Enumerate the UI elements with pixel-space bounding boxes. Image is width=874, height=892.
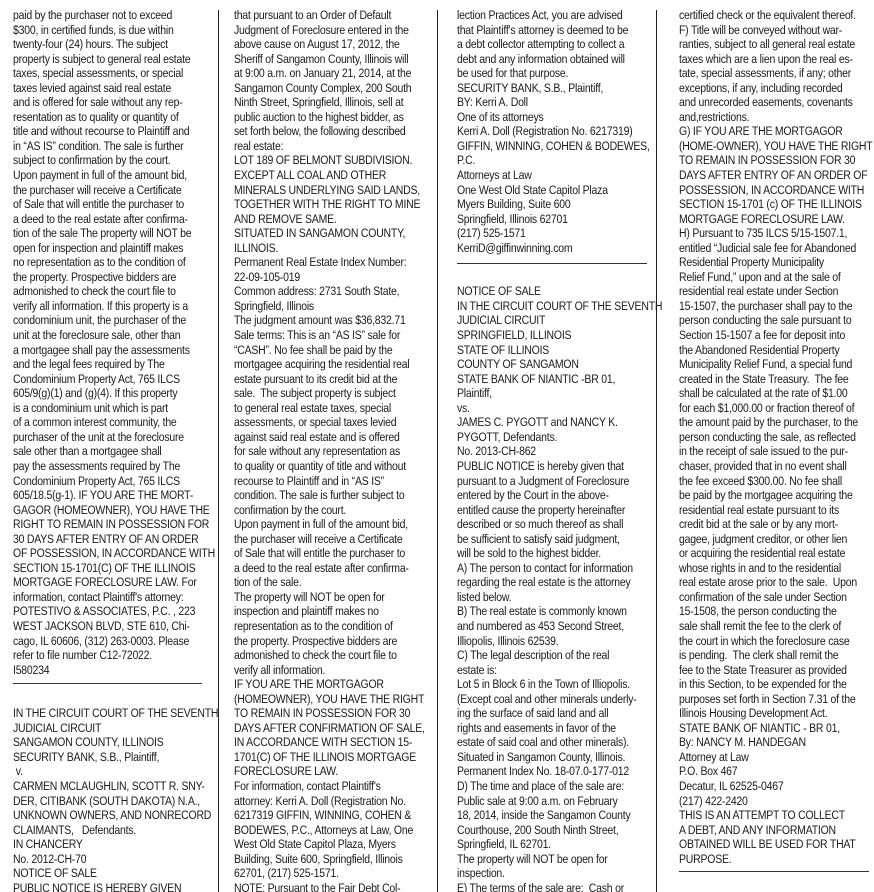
text-line: the court in which the foreclosure case: [679, 634, 872, 649]
text-line: [457, 270, 662, 285]
text-line: BY: Kerri A. Doll: [457, 95, 662, 110]
text-line: (HOME-OWNER), YOU HAVE THE RIGHT: [679, 139, 872, 154]
text-line: Springfield, Illinois 62701: [457, 212, 662, 227]
text-line: Residential Property Municipality: [679, 255, 872, 270]
text-line: 1701(C) OF THE ILLINOIS MORTGAGE: [234, 750, 425, 765]
text-line: inspection.: [457, 866, 662, 881]
column-4: certified check or the equivalent thereo…: [679, 8, 872, 892]
text-line: a deed to the real estate after confirma…: [234, 561, 425, 576]
text-line: (217) 525-1571: [457, 226, 662, 241]
text-line: a debt collector attempting to collect a: [457, 37, 662, 52]
text-line: whose rights in and to the residential: [679, 561, 872, 576]
text-line: 62701, (217) 525-1571.: [234, 866, 425, 881]
text-line: GIFFIN, WINNING, COHEN & BODEWES,: [457, 139, 662, 154]
text-line: 6217319 GIFFIN, WINNING, COHEN &: [234, 808, 425, 823]
text-line: One West Old State Capitol Plaza: [457, 183, 662, 198]
text-line: Illinois Housing Development Act.: [679, 706, 872, 721]
text-line: Condominium Property Act, 765 ILCS: [13, 474, 218, 489]
text-line: Building, Suite 600, Springfield, Illino…: [234, 852, 425, 867]
text-line: regarding the real estate is the attorne…: [457, 575, 662, 590]
text-line: rights and easements in favor of the: [457, 721, 662, 736]
text-line: MINERALS UNDERLYING SAID LANDS,: [234, 183, 425, 198]
text-line: and the legal fees required by The: [13, 357, 218, 372]
text-line: By: NANCY M. HANDEGAN: [679, 735, 872, 750]
text-line: tion of the sale The property will NOT b…: [13, 226, 218, 241]
text-line: A) The person to contact for information: [457, 561, 662, 576]
text-line: inspection and plaintiff makes no: [234, 604, 425, 619]
text-line: Attorney at Law: [679, 750, 872, 765]
text-line: verify all information. If this property…: [13, 299, 218, 314]
text-line: NOTE: Pursuant to the Fair Debt Col-: [234, 881, 425, 892]
text-line: sale other than a mortgagee shall: [13, 444, 218, 459]
text-line: sale. The subject property is subject: [234, 386, 425, 401]
text-line: taxes which are a lien upon the real es-: [679, 52, 872, 67]
text-line: B) The real estate is commonly known: [457, 604, 662, 619]
text-line: SPRINGFIELD, ILLINOIS: [457, 328, 662, 343]
text-line: a deed to the real estate after confirma…: [13, 212, 218, 227]
text-line: resentation as to quality or quantity of: [13, 110, 218, 125]
text-line: entered by the Court in the above-: [457, 488, 662, 503]
text-line: [13, 677, 218, 692]
text-line: admonished to check the court file to: [13, 284, 218, 299]
text-line: Section 15-1507 a fee for deposit into: [679, 328, 872, 343]
text-line: BODEWES, P.C., Attorneys at Law, One: [234, 823, 425, 838]
legal-notices-page: paid by the purchaser not to exceed$300,…: [0, 0, 874, 892]
text-line: of Sale that will entitle the purchaser …: [234, 546, 425, 561]
text-line: above cause on August 17, 2012, the: [234, 37, 425, 52]
text-line: Judgment of Foreclosure entered in the: [234, 23, 425, 38]
text-line: that Plaintiff's attorney is deemed to b…: [457, 23, 662, 38]
text-line: refer to file number C12-72022.: [13, 648, 218, 663]
text-line: 605/18.5(g-1). IF YOU ARE THE MORT-: [13, 488, 218, 503]
text-line: information, contact Plaintiff's attorne…: [13, 590, 218, 605]
text-line: UNKNOWN OWNERS, AND NONRECORD: [13, 808, 218, 823]
text-line: will be sold to the highest bidder.: [457, 546, 662, 561]
text-line: IN THE CIRCUIT COURT OF THE SEVENTH: [457, 299, 662, 314]
text-line: Courthouse, 200 South Ninth Street,: [457, 823, 662, 838]
text-line: property is subject to general real esta…: [13, 52, 218, 67]
text-line: PUBLIC NOTICE is hereby given that: [457, 459, 662, 474]
text-line: in the receipt of sale issued to the pur…: [679, 444, 872, 459]
text-line: CLAIMANTS, Defendants.: [13, 823, 218, 838]
text-line: Sangamon County Complex, 200 South: [234, 81, 425, 96]
text-line: confirmation by the court.: [234, 503, 425, 518]
text-line: Plaintiff,: [457, 386, 662, 401]
text-line: Attorneys at Law: [457, 168, 662, 183]
text-line: JAMES C. PYGOTT and NANCY K.: [457, 415, 662, 430]
text-line: twenty-four (24) hours. The subject: [13, 37, 218, 52]
text-line: STATE OF ILLINOIS: [457, 343, 662, 358]
text-line: exceptions, if any, including recorded: [679, 81, 872, 96]
text-line: (Except coal and other minerals underly-: [457, 692, 662, 707]
text-line: residential real estate pursuant to its: [679, 503, 872, 518]
text-line: a mortgagee shall pay the assessments: [13, 343, 218, 358]
text-line: be sufficient to satisfy said judgment,: [457, 532, 662, 547]
text-line: STATE BANK OF NIANTIC -BR 01,: [457, 372, 662, 387]
text-line: Sheriff of Sangamon County, Illinois wil…: [234, 52, 425, 67]
text-line: the amount paid by the purchaser, to the: [679, 415, 872, 430]
text-line: admonished to check the court file to: [234, 648, 425, 663]
text-line: A DEBT, AND ANY INFORMATION: [679, 823, 872, 838]
text-line: JUDICIAL CIRCUIT: [13, 721, 218, 736]
text-line: Decatur, IL 62525-0467: [679, 779, 872, 794]
text-line: TO REMAIN IN POSSESSION FOR 30: [234, 706, 425, 721]
text-line: gagee, judgment creditor, or other lien: [679, 532, 872, 547]
text-line: tate, special assessments, if any; other: [679, 66, 872, 81]
text-line: and numbered as 453 Second Street,: [457, 619, 662, 634]
text-line: and is offered for sale without any rep-: [13, 95, 218, 110]
text-line: PUBLIC NOTICE IS HEREBY GIVEN: [13, 881, 218, 892]
text-line: for sale without any representation as: [234, 444, 425, 459]
text-line: WEST JACKSON BLVD, STE 610, Chi-: [13, 619, 218, 634]
text-line: SECURITY BANK, S.B., Plaintiff,: [13, 750, 218, 765]
text-line: ILLINOIS.: [234, 241, 425, 256]
text-line: EXCEPT ALL COAL AND OTHER: [234, 168, 425, 183]
text-line: condominium unit, the purchaser of the: [13, 313, 218, 328]
text-line: Upon payment in full of the amount bid,: [13, 168, 218, 183]
text-line: set forth below, the following described: [234, 124, 425, 139]
text-line: Sale terms: This is an “AS IS” sale for: [234, 328, 425, 343]
text-line: OF POSSESSION, IN ACCORDANCE WITH: [13, 546, 218, 561]
text-line: LOT 189 OF BELMONT SUBDIVISION.: [234, 153, 425, 168]
text-line: Common address: 2731 South State,: [234, 284, 425, 299]
text-line: TO REMAIN IN POSSESSION FOR 30: [679, 153, 872, 168]
text-line: West Old State Capitol Plaza, Myers: [234, 837, 425, 852]
text-line: credit bid at the sale or by any mort-: [679, 517, 872, 532]
text-line: verify all information.: [234, 663, 425, 678]
text-line: entitled cause the property hereinafter: [457, 503, 662, 518]
text-line: PURPOSE.: [679, 852, 872, 867]
text-line: No. 2013-CH-862: [457, 444, 662, 459]
text-line: subject to confirmation by the court.: [13, 153, 218, 168]
column-3: lection Practices Act, you are advisedth…: [457, 8, 662, 892]
text-line: 30 DAYS AFTER ENTRY OF AN ORDER: [13, 532, 218, 547]
text-line: NOTICE OF SALE: [457, 284, 662, 299]
text-line: taxes, special assessments, or special: [13, 66, 218, 81]
text-line: SANGAMON COUNTY, ILLINOIS: [13, 735, 218, 750]
text-line: created in the State Treasury. The fee: [679, 372, 872, 387]
text-line: G) IF YOU ARE THE MORTGAGOR: [679, 124, 872, 139]
text-line: [13, 692, 218, 707]
text-line: MORTGAGE FORECLOSURE LAW.: [679, 212, 872, 227]
text-line: PYGOTT, Defendants.: [457, 430, 662, 445]
text-line: estate of said coal and other minerals).: [457, 735, 662, 750]
text-line: D) The time and place of the sale are:: [457, 779, 662, 794]
text-line: OBTAINED WILL BE USED FOR THAT: [679, 837, 872, 852]
text-line: Condominium Property Act, 765 ILCS: [13, 372, 218, 387]
text-line: entitled “Judicial sale fee for Abandone…: [679, 241, 872, 256]
text-line: is pending. The clerk shall remit the: [679, 648, 872, 663]
text-line: IN ACCORDANCE WITH SECTION 15-: [234, 735, 425, 750]
text-line: that pursuant to an Order of Default: [234, 8, 425, 23]
text-line: Public sale at 9:00 a.m. on February: [457, 794, 662, 809]
text-line: Lot 5 in Block 6 in the Town of Illiopol…: [457, 677, 662, 692]
text-line: Springfield, Illinois: [234, 299, 425, 314]
text-line: vs.: [457, 401, 662, 416]
text-line: FORECLOSURE LAW.: [234, 764, 425, 779]
text-line: person conducting the sale pursuant to: [679, 313, 872, 328]
text-line: in this Section, to be expended for the: [679, 677, 872, 692]
text-line: Relief Fund,” upon and at the sale of: [679, 270, 872, 285]
text-line: ing the surface of said land and all: [457, 706, 662, 721]
text-line: be paid by the mortgagee acquiring the: [679, 488, 872, 503]
text-line: COUNTY OF SANGAMON: [457, 357, 662, 372]
text-line: IN THE CIRCUIT COURT OF THE SEVENTH: [13, 706, 218, 721]
text-line: residential real estate under Section: [679, 284, 872, 299]
text-line: Upon payment in full of the amount bid,: [234, 517, 425, 532]
text-line: no representation as to the condition of: [13, 255, 218, 270]
text-line: JUDICIAL CIRCUIT: [457, 313, 662, 328]
text-line: and unrecorded easements, covenants: [679, 95, 872, 110]
text-line: assessments, or special taxes levied: [234, 415, 425, 430]
text-line: confirmation of the sale under Section: [679, 590, 872, 605]
text-line: or acquiring the residential real estate: [679, 546, 872, 561]
text-line: Municipality Relief Fund, a special fund: [679, 357, 872, 372]
text-line: 18, 2014, inside the Sangamon County: [457, 808, 662, 823]
text-line: purposes set forth in Section 7.31 of th…: [679, 692, 872, 707]
text-line: pursuant to a Judgment of Foreclosure: [457, 474, 662, 489]
text-line: real estate:: [234, 139, 425, 154]
text-line: STATE BANK OF NIANTIC - BR 01,: [679, 721, 872, 736]
text-line: 15-1507, the purchaser shall pay to the: [679, 299, 872, 314]
text-line: the purchaser will receive a Certificate: [13, 183, 218, 198]
text-line: “CASH”. No fee shall be paid by the: [234, 343, 425, 358]
text-line: v.: [13, 764, 218, 779]
text-line: lection Practices Act, you are advised: [457, 8, 662, 23]
text-line: the property. Prospective bidders are: [234, 634, 425, 649]
text-line: E) The terms of the sale are: Cash or: [457, 881, 662, 892]
text-line: THIS IS AN ATTEMPT TO COLLECT: [679, 808, 872, 823]
text-line: fee to the State Treasurer as provided: [679, 663, 872, 678]
text-line: $300, in certified funds, is due within: [13, 23, 218, 38]
text-line: NOTICE OF SALE: [13, 866, 218, 881]
column-divider: [437, 10, 438, 892]
text-line: against said real estate and is offered: [234, 430, 425, 445]
text-line: The property will NOT be open for: [234, 590, 425, 605]
text-line: 605/9(g)(1) and (g)(4). If this property: [13, 386, 218, 401]
text-line: 22-09-105-019: [234, 270, 425, 285]
column-2: that pursuant to an Order of DefaultJudg…: [234, 8, 425, 892]
text-line: (HOMEOWNER), YOU HAVE THE RIGHT: [234, 692, 425, 707]
text-line: estate pursuant to its credit bid at the: [234, 372, 425, 387]
text-line: [457, 255, 662, 270]
text-line: taxes levied against said real estate: [13, 81, 218, 96]
text-line: RIGHT TO REMAIN IN POSSESSION FOR: [13, 517, 218, 532]
text-line: SECTION 15-1701 (c) OF THE ILLINOIS: [679, 197, 872, 212]
text-line: Kerri A. Doll (Registration No. 6217319): [457, 124, 662, 139]
text-line: and,restrictions.: [679, 110, 872, 125]
text-line: Springfield, IL 62701.: [457, 837, 662, 852]
text-line: open for inspection and plaintiff makes: [13, 241, 218, 256]
text-line: title and without recourse to Plaintiff …: [13, 124, 218, 139]
text-line: unit at the foreclosure sale, other than: [13, 328, 218, 343]
text-line: pay the assessments required by The: [13, 459, 218, 474]
text-line: purchaser of the unit at the foreclosure: [13, 430, 218, 445]
text-line: POTESTIVO & ASSOCIATES, P.C. , 223: [13, 604, 218, 619]
text-line: DAYS AFTER CONFIRMATION OF SALE,: [234, 721, 425, 736]
text-line: the property. Prospective bidders are: [13, 270, 218, 285]
text-line: For information, contact Plaintiff's: [234, 779, 425, 794]
text-line: the fee exceed $300.00. No fee shall: [679, 474, 872, 489]
text-line: IN CHANCERY: [13, 837, 218, 852]
text-line: TOGETHER WITH THE RIGHT TO MINE: [234, 197, 425, 212]
text-line: ranties, subject to all general real est…: [679, 37, 872, 52]
text-line: representation as to the condition of: [234, 619, 425, 634]
text-line: Permanent Real Estate Index Number:: [234, 255, 425, 270]
text-line: real estate arose prior to the sale. Upo…: [679, 575, 872, 590]
text-line: of a common interest community, the: [13, 415, 218, 430]
text-line: shall be calculated at the rate of $1.00: [679, 386, 872, 401]
text-line: AND REMOVE SAME.: [234, 212, 425, 227]
text-line: Situated in Sangamon County, Illinois.: [457, 750, 662, 765]
text-line: H) Pursuant to 735 ILCS 5/15-1507.1,: [679, 226, 872, 241]
text-line: CARMEN MCLAUGHLIN, SCOTT R. SNY-: [13, 779, 218, 794]
text-line: for each $1,000.00 or fraction thereof o…: [679, 401, 872, 416]
text-line: to quality or quantity of title and with…: [234, 459, 425, 474]
text-line: recourse to Plaintiff and in “AS IS”: [234, 474, 425, 489]
text-line: DER, CITIBANK (SOUTH DAKOTA) N.A.,: [13, 794, 218, 809]
text-line: is a condominium unit which is part: [13, 401, 218, 416]
text-line: condition. The sale is further subject t…: [234, 488, 425, 503]
text-line: MORTGAGE FORECLOSURE LAW. For: [13, 575, 218, 590]
text-line: Myers Building, Suite 600: [457, 197, 662, 212]
text-line: Illiopolis, Illinois 62539.: [457, 634, 662, 649]
text-line: POSSESSION, IN ACCORDANCE WITH: [679, 183, 872, 198]
text-line: described or so much thereof as shall: [457, 517, 662, 532]
text-line: certified check or the equivalent thereo…: [679, 8, 872, 23]
text-line: IF YOU ARE THE MORTGAGOR: [234, 677, 425, 692]
text-line: the purchaser will receive a Certificate: [234, 532, 425, 547]
text-line: person conducting the sale, as reflected: [679, 430, 872, 445]
text-line: (217) 422-2420: [679, 794, 872, 809]
text-line: at 9:00 a.m. on January 21, 2014, at the: [234, 66, 425, 81]
text-line: Permanent Index No. 18-07.0-177-012: [457, 764, 662, 779]
text-line: of Sale that will entitle the purchaser …: [13, 197, 218, 212]
text-line: I580234: [13, 663, 218, 678]
text-line: P.O. Box 467: [679, 764, 872, 779]
text-line: KerriD@giffinwinning.com: [457, 241, 662, 256]
text-line: listed below.: [457, 590, 662, 605]
text-line: SECTION 15-1701(C) OF THE ILLINOIS: [13, 561, 218, 576]
text-line: to general real estate taxes, special: [234, 401, 425, 416]
text-line: Ninth Street, Springfield, Illinois, sel…: [234, 95, 425, 110]
text-line: The judgment amount was $36,832.71: [234, 313, 425, 328]
text-line: be used for that purpose.: [457, 66, 662, 81]
column-1: paid by the purchaser not to exceed$300,…: [13, 8, 218, 892]
text-line: SITUATED IN SANGAMON COUNTY,: [234, 226, 425, 241]
text-line: SECURITY BANK, S.B., Plaintiff,: [457, 81, 662, 96]
text-line: public auction to the highest bidder, as: [234, 110, 425, 125]
text-line: GAGOR (HOMEOWNER), YOU HAVE THE: [13, 503, 218, 518]
text-line: in “AS IS” condition. The sale is furthe…: [13, 139, 218, 154]
text-line: attorney: Kerri A. Doll (Registration No…: [234, 794, 425, 809]
text-line: debt and any information obtained will: [457, 52, 662, 67]
text-line: sale shall remit the fee to the clerk of: [679, 619, 872, 634]
text-line: mortgagee acquiring the residential real: [234, 357, 425, 372]
text-line: One of its attorneys: [457, 110, 662, 125]
text-line: The property will NOT be open for: [457, 852, 662, 867]
text-line: 15-1508, the person conducting the: [679, 604, 872, 619]
text-line: paid by the purchaser not to exceed: [13, 8, 218, 23]
text-line: chaser, provided that in no event shall: [679, 459, 872, 474]
text-line: No. 2012-CH-70: [13, 852, 218, 867]
text-line: cago, IL 60606, (312) 263-0003. Please: [13, 634, 218, 649]
text-line: F) Title will be conveyed without war-: [679, 23, 872, 38]
text-line: C) The legal description of the real: [457, 648, 662, 663]
text-line: P.C.: [457, 153, 662, 168]
text-line: tion of the sale.: [234, 575, 425, 590]
text-line: estate is:: [457, 663, 662, 678]
text-line: DAYS AFTER ENTRY OF AN ORDER OF: [679, 168, 872, 183]
text-line: the Abandoned Residential Property: [679, 343, 872, 358]
